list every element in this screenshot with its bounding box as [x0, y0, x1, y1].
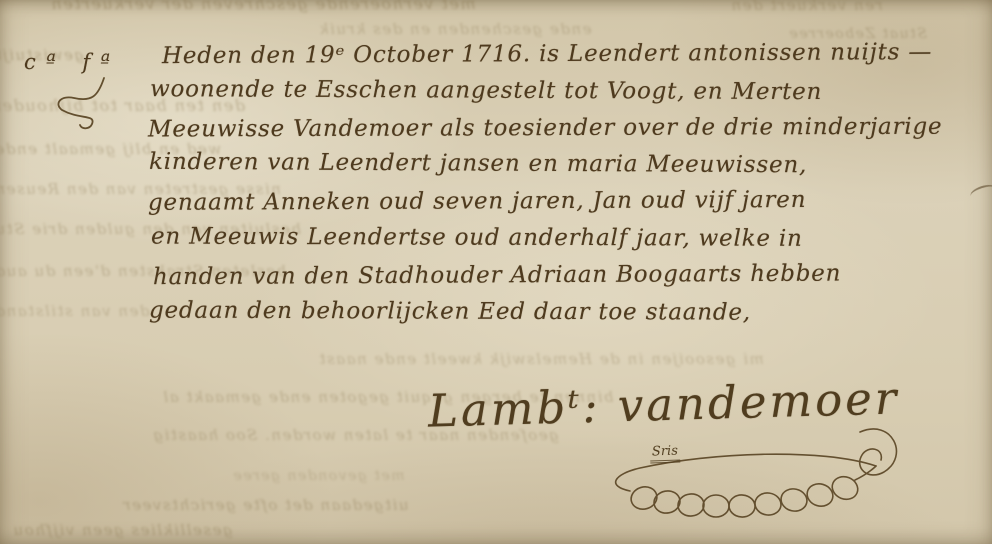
signature-paraph-flourish: [592, 428, 912, 528]
bleedthrough-fragment: binnen te bergen gequit gegoten ende gem…: [162, 388, 614, 406]
bleedthrough-fragment: mi gesooijen in de Hemelswijk kweelt end…: [318, 350, 764, 368]
bleedthrough-fragment: met verhoerende geschreven der verkuerte…: [50, 0, 476, 13]
bleedthrough-fragment: geselliklies geen vijfhou: [12, 521, 233, 539]
bleedthrough-fragment: den van stilstand: [0, 302, 150, 320]
manuscript-line: Meeuwisse Vandemoer als toesiender over …: [148, 108, 984, 148]
manuscript-page: met verhoerende geschreven der verkuerte…: [0, 0, 992, 544]
secretary-abbreviation: Sris: [650, 443, 681, 463]
signature-name: Lambᵗ: vandemoer: [427, 371, 900, 437]
manuscript-line: gedaan den behoorlijcken Eed daar toe st…: [148, 292, 984, 332]
manuscript-line: handen van den Stadhouder Adriaan Boogaa…: [148, 255, 984, 296]
manuscript-line: en Meeuwis Leendertse oud anderhalf jaar…: [148, 219, 984, 259]
bleedthrough-fragment: geofenden naar te laten worden. Soo haas…: [152, 426, 559, 444]
manuscript-line: woonende te Esschen aangestelt tot Voogt…: [148, 71, 984, 111]
manuscript-line: genaamt Anneken oud seven jaren, Jan oud…: [148, 181, 984, 221]
bleedthrough-fragment: ren verkuert den: [730, 0, 883, 14]
margin-note: cª fª: [24, 50, 134, 132]
manuscript-line: Heden den 19ᵉ October 1716. is Leendert …: [148, 34, 984, 75]
margin-flourish-mark: [52, 76, 132, 132]
bleedthrough-fragment: met gevonden geree: [232, 468, 404, 484]
manuscript-line: kinderen van Leendert jansen en maria Me…: [148, 144, 984, 185]
bleedthrough-fragment: uitgedaan det ofte gerichtsveer: [122, 496, 409, 514]
manuscript-text-block: Heden den 19ᵉ October 1716. is Leendert …: [148, 36, 984, 330]
margin-note-text: cª fª: [24, 50, 134, 74]
